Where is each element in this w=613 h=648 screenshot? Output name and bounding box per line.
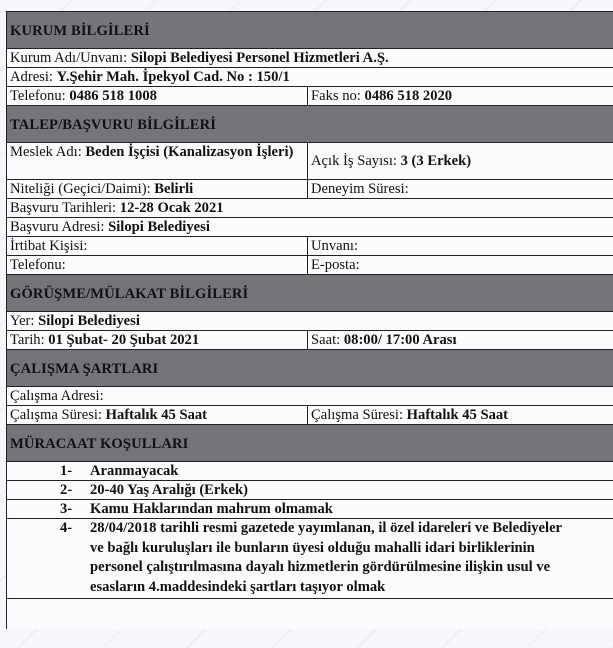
row-nitelik: Niteliği (Geçici/Daimi): Belirli Deneyim…: [7, 180, 613, 199]
row-kurum-telefon-faks: Telefonu: 0486 518 1008 Faks no: 0486 51…: [7, 87, 613, 106]
row-calisma-adres: Çalışma Adresi:: [7, 387, 613, 406]
list-text: Aranmayacak: [90, 462, 613, 480]
list-item: 3-Kamu Haklarından mahrum olmamak: [7, 500, 613, 519]
field-value: Silopi Belediyesi Personel Hizmetleri A.…: [131, 50, 389, 66]
section-title: MÜRACAAT KOŞULLARI: [7, 435, 613, 461]
list-text: Kamu Haklarından mahrum olmamak: [90, 500, 613, 518]
list-item: 2-20-40 Yaş Aralığı (Erkek): [7, 481, 613, 500]
row-meslek: Meslek Adı: Beden İşçisi (Kanalizasyon İ…: [7, 143, 613, 180]
field-label: Niteliği (Geçici/Daimi):: [10, 181, 154, 197]
row-kurum-adi: Kurum Adı/Unvanı: Silopi Belediyesi Pers…: [7, 49, 613, 68]
list-text: 28/04/2018 tarihli resmi gazetede yayıml…: [90, 519, 613, 597]
list-number: 3-: [60, 500, 90, 518]
field-label: Başvuru Adresi:: [10, 219, 108, 235]
row-gorusme-tarih-saat: Tarih: 01 Şubat- 20 Şubat 2021 Saat: 08:…: [7, 331, 613, 350]
field-value: 08:00/ 17:00 Arası: [344, 332, 457, 348]
field-label: Telefonu:: [10, 257, 66, 273]
section-header-gorusme: GÖRÜŞME/MÜLAKAT BİLGİLERİ: [7, 275, 613, 312]
field-label: Adresi:: [10, 69, 57, 85]
field-label: Deneyim Süresi:: [311, 181, 409, 197]
field-label: Faks no:: [311, 88, 365, 104]
field-value: 01 Şubat- 20 Şubat 2021: [48, 332, 199, 348]
section-header-kurum: KURUM BİLGİLERİ: [7, 12, 613, 49]
row-calisma-sure: Çalışma Süresi: Haftalık 45 Saat Çalışma…: [7, 406, 613, 425]
row-irtibat: İrtibat Kişisi: Unvanı:: [7, 237, 613, 256]
list-number: 1-: [60, 462, 90, 480]
field-label: Tarih:: [10, 332, 48, 348]
field-label: Saat:: [311, 332, 344, 348]
field-label: Çalışma Süresi:: [311, 407, 407, 423]
field-value: Haftalık 45 Saat: [106, 407, 207, 423]
section-header-calisma: ÇALIŞMA ŞARTLARI: [7, 350, 613, 387]
row-basvuru-adres: Başvuru Adresi: Silopi Belediyesi: [7, 218, 613, 237]
row-kurum-adres: Adresi: Y.Şehir Mah. İpekyol Cad. No : 1…: [7, 68, 613, 87]
field-value: Silopi Belediyesi: [38, 313, 140, 329]
field-value: 0486 518 2020: [365, 88, 453, 104]
field-label: Kurum Adı/Unvanı:: [10, 50, 131, 66]
section-title: TALEP/BAŞVURU BİLGİLERİ: [7, 116, 613, 142]
row-basvuru-tarih: Başvuru Tarihleri: 12-28 Ocak 2021: [7, 199, 613, 218]
list-number: 2-: [60, 481, 90, 499]
field-label: İrtibat Kişisi:: [10, 238, 87, 254]
field-label: E-posta:: [311, 257, 360, 273]
section-title: ÇALIŞMA ŞARTLARI: [7, 360, 613, 386]
field-label: Yer:: [10, 313, 38, 329]
field-label: Çalışma Adresi:: [10, 388, 104, 404]
section-title: KURUM BİLGİLERİ: [7, 22, 613, 48]
empty-row: [7, 599, 613, 629]
list-text: 20-40 Yaş Aralığı (Erkek): [90, 481, 613, 499]
field-label: Meslek Adı:: [10, 144, 85, 160]
row-gorusme-yer: Yer: Silopi Belediyesi: [7, 312, 613, 331]
section-title: GÖRÜŞME/MÜLAKAT BİLGİLERİ: [7, 285, 613, 311]
field-value: 12-28 Ocak 2021: [120, 200, 224, 216]
row-iletisim: Telefonu: E-posta:: [7, 256, 613, 275]
field-value: 0486 518 1008: [69, 88, 157, 104]
field-value: 3 (3 Erkek): [401, 153, 472, 169]
field-value: Silopi Belediyesi: [108, 219, 210, 235]
list-number: 4-: [60, 519, 90, 597]
field-label: Unvanı:: [311, 238, 358, 254]
field-value: Y.Şehir Mah. İpekyol Cad. No : 150/1: [57, 69, 290, 85]
field-label: Açık İş Sayısı:: [311, 153, 401, 169]
list-item: 1-Aranmayacak: [7, 462, 613, 481]
field-label: Telefonu:: [10, 88, 69, 104]
field-label: Başvuru Tarihleri:: [10, 200, 120, 216]
section-header-muracaat: MÜRACAAT KOŞULLARI: [7, 425, 613, 462]
field-value: Beden İşçisi (Kanalizasyon İşleri): [85, 144, 293, 160]
section-header-talep: TALEP/BAŞVURU BİLGİLERİ: [7, 106, 613, 143]
field-label: Çalışma Süresi:: [10, 407, 106, 423]
job-posting-form: KURUM BİLGİLERİ Kurum Adı/Unvanı: Silopi…: [6, 11, 613, 629]
field-value: Haftalık 45 Saat: [407, 407, 508, 423]
field-value: Belirli: [154, 181, 193, 197]
list-item: 4-28/04/2018 tarihli resmi gazetede yayı…: [7, 519, 613, 599]
